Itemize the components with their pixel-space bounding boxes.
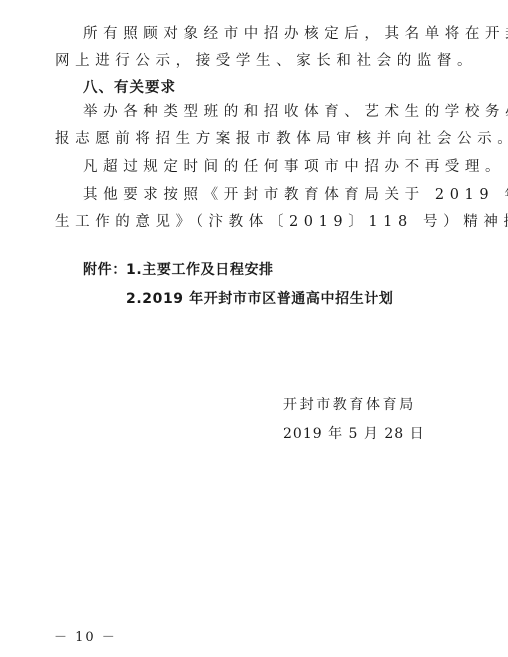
- page-number: － 10 －: [54, 626, 117, 645]
- section-heading: 八、有关要求: [83, 79, 176, 97]
- document-page: 所有照顾对象经市中招办核定后，其名单将在开封教育体育 网上进行公示，接受学生、家…: [0, 0, 508, 657]
- publicity-paragraph-line-2: 网上进行公示，接受学生、家长和社会的监督。: [55, 52, 477, 70]
- other-requirements-paragraph-line-1: 其他要求按照《开封市教育体育局关于 2019 年普通高中招: [83, 186, 508, 204]
- deadline-paragraph: 凡超过规定时间的任何事项市中招办不再受理。: [83, 158, 505, 176]
- attachments-label: 附件：: [83, 261, 127, 279]
- other-requirements-paragraph-line-2: 生工作的意见》（汴教体〔2019〕118 号）精神执行。: [55, 213, 508, 231]
- signature-date: 2019 年 5 月 28 日: [283, 425, 425, 443]
- attachment-item-1: 1.主要工作及日程安排: [126, 261, 274, 279]
- special-classes-paragraph-line-2: 报志愿前将招生方案报市教体局审核并向社会公示。: [55, 130, 508, 148]
- special-classes-paragraph-line-1: 举办各种类型班的和招收体育、艺术生的学校务必于考生填: [83, 103, 508, 121]
- signature-organization: 开封市教育体育局: [283, 396, 416, 414]
- attachment-item-2: 2.2019 年开封市市区普通高中招生计划: [126, 290, 394, 308]
- publicity-paragraph-line-1: 所有照顾对象经市中招办核定后，其名单将在开封教育体育: [83, 25, 508, 43]
